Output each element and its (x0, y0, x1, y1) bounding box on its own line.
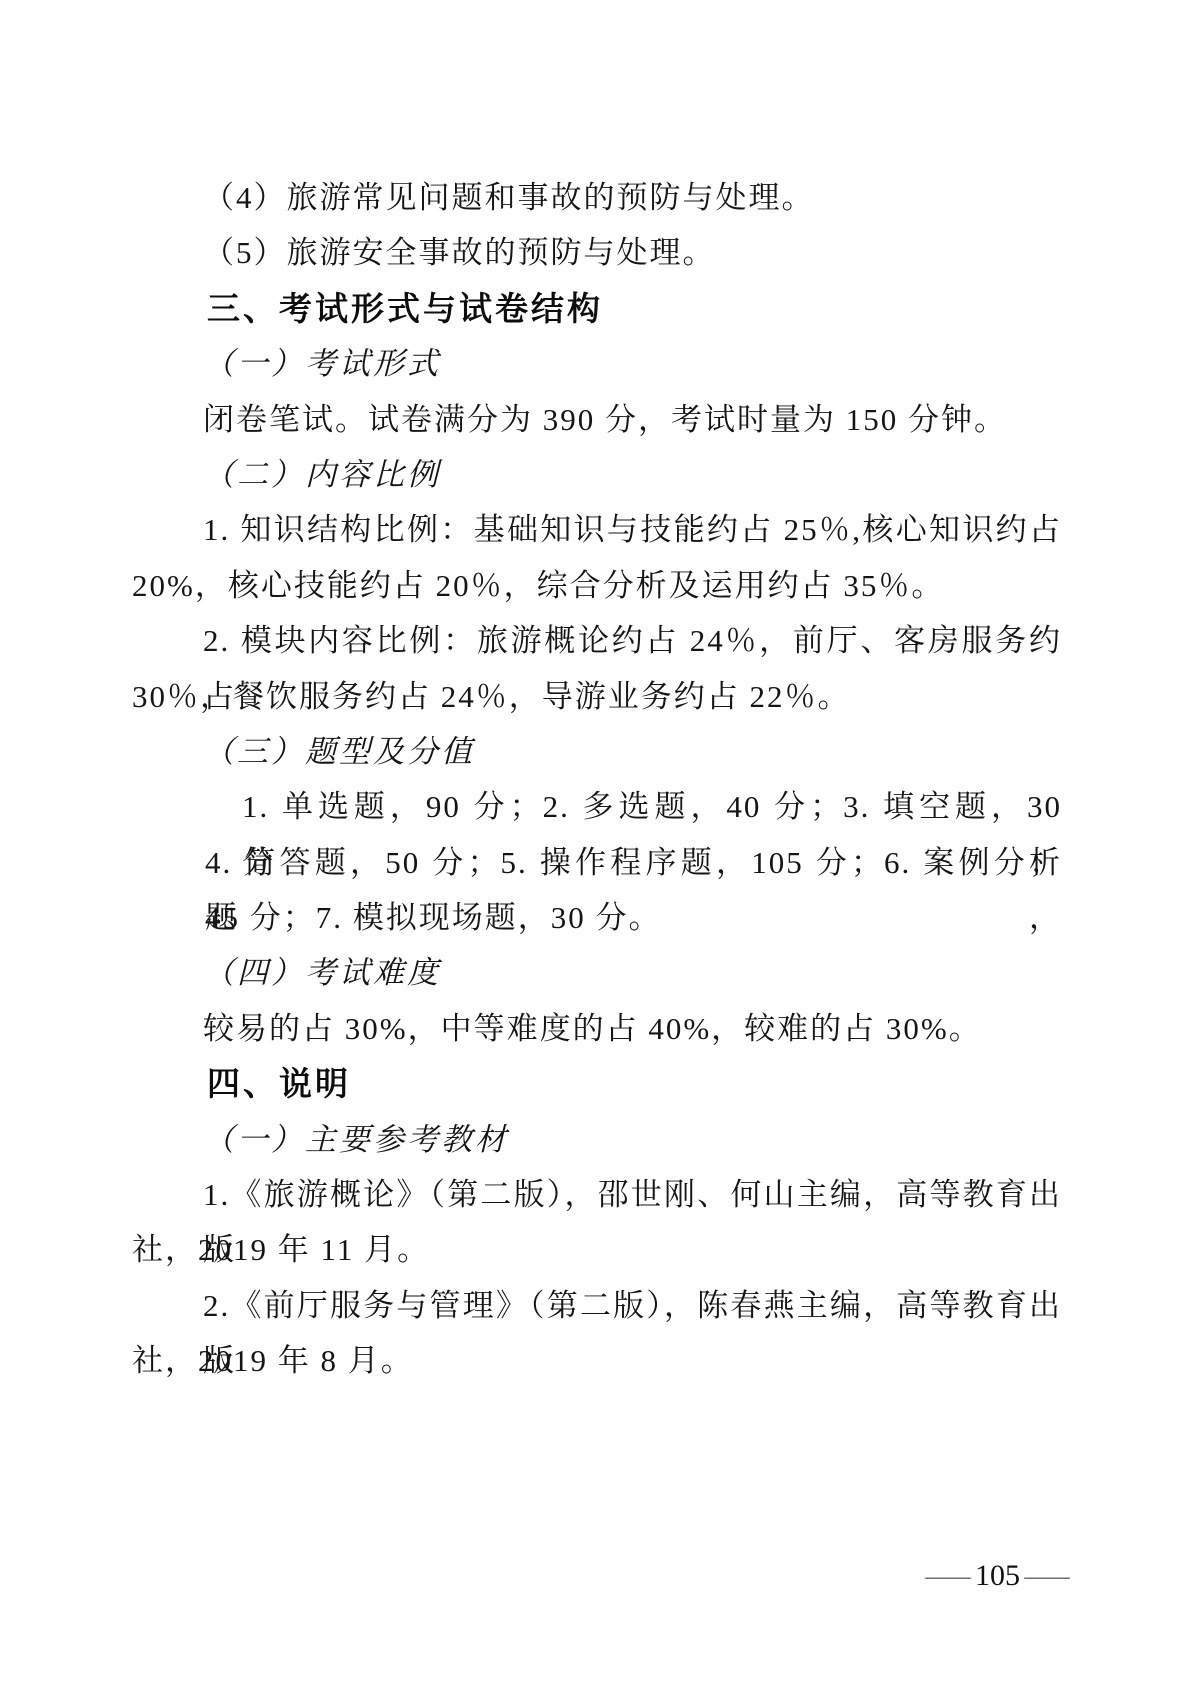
paragraph-line: 2. 模块内容比例：旅游概论约占 24％，前厅、客房服务约占 (132, 613, 1062, 668)
footer-dash-left: — (926, 1558, 971, 1594)
paragraph-line: 较易的占 30%，中等难度的占 40%，较难的占 30%。 (132, 1001, 1062, 1056)
sub-heading: （一）主要参考教材 (132, 1112, 1062, 1167)
footer-dash-right: — (1025, 1558, 1070, 1594)
page-footer: — 105 — (933, 1558, 1062, 1594)
sub-heading: （四）考试难度 (132, 945, 1062, 1000)
sub-heading: （二）内容比例 (132, 447, 1062, 502)
paragraph-line: 1. 知识结构比例：基础知识与技能约占 25％,核心知识约占 (132, 502, 1062, 557)
sub-heading: （三）题型及分值 (132, 724, 1062, 779)
paragraph-line: 社，2019 年 8 月。 (132, 1333, 1062, 1388)
document-page: （4）旅游常见问题和事故的预防与处理。（5）旅游安全事故的预防与处理。三、考试形… (0, 0, 1200, 1696)
paragraph-line: 30％，餐饮服务约占 24％，导游业务约占 22％。 (132, 669, 1062, 724)
section-heading: 四、说明 (132, 1056, 1062, 1111)
page-number: 105 (975, 1558, 1020, 1594)
paragraph-line: 20%，核心技能约占 20％，综合分析及运用约占 35％。 (132, 558, 1062, 613)
section-heading: 三、考试形式与试卷结构 (132, 281, 1062, 336)
sub-heading: （一）考试形式 (132, 336, 1062, 391)
list-line: 4. 简答题，50 分；5. 操作程序题，105 分；6. 案例分析题， (132, 835, 1062, 890)
paragraph-line: （4）旅游常见问题和事故的预防与处理。 (132, 170, 1062, 225)
paragraph-line: 闭卷笔试。试卷满分为 390 分，考试时量为 150 分钟。 (132, 392, 1062, 447)
paragraph-line: 社，2019 年 11 月。 (132, 1222, 1062, 1277)
paragraph-line: 1.《旅游概论》（第二版），邵世刚、何山主编，高等教育出版 (132, 1167, 1062, 1222)
text-lines: （4）旅游常见问题和事故的预防与处理。（5）旅游安全事故的预防与处理。三、考试形… (132, 170, 1062, 1389)
list-line: 1. 单选题，90 分；2. 多选题，40 分；3. 填空题，30 分； (132, 779, 1062, 834)
paragraph-line: 2.《前厅服务与管理》（第二版），陈春燕主编，高等教育出版 (132, 1278, 1062, 1333)
paragraph-line: （5）旅游安全事故的预防与处理。 (132, 225, 1062, 280)
